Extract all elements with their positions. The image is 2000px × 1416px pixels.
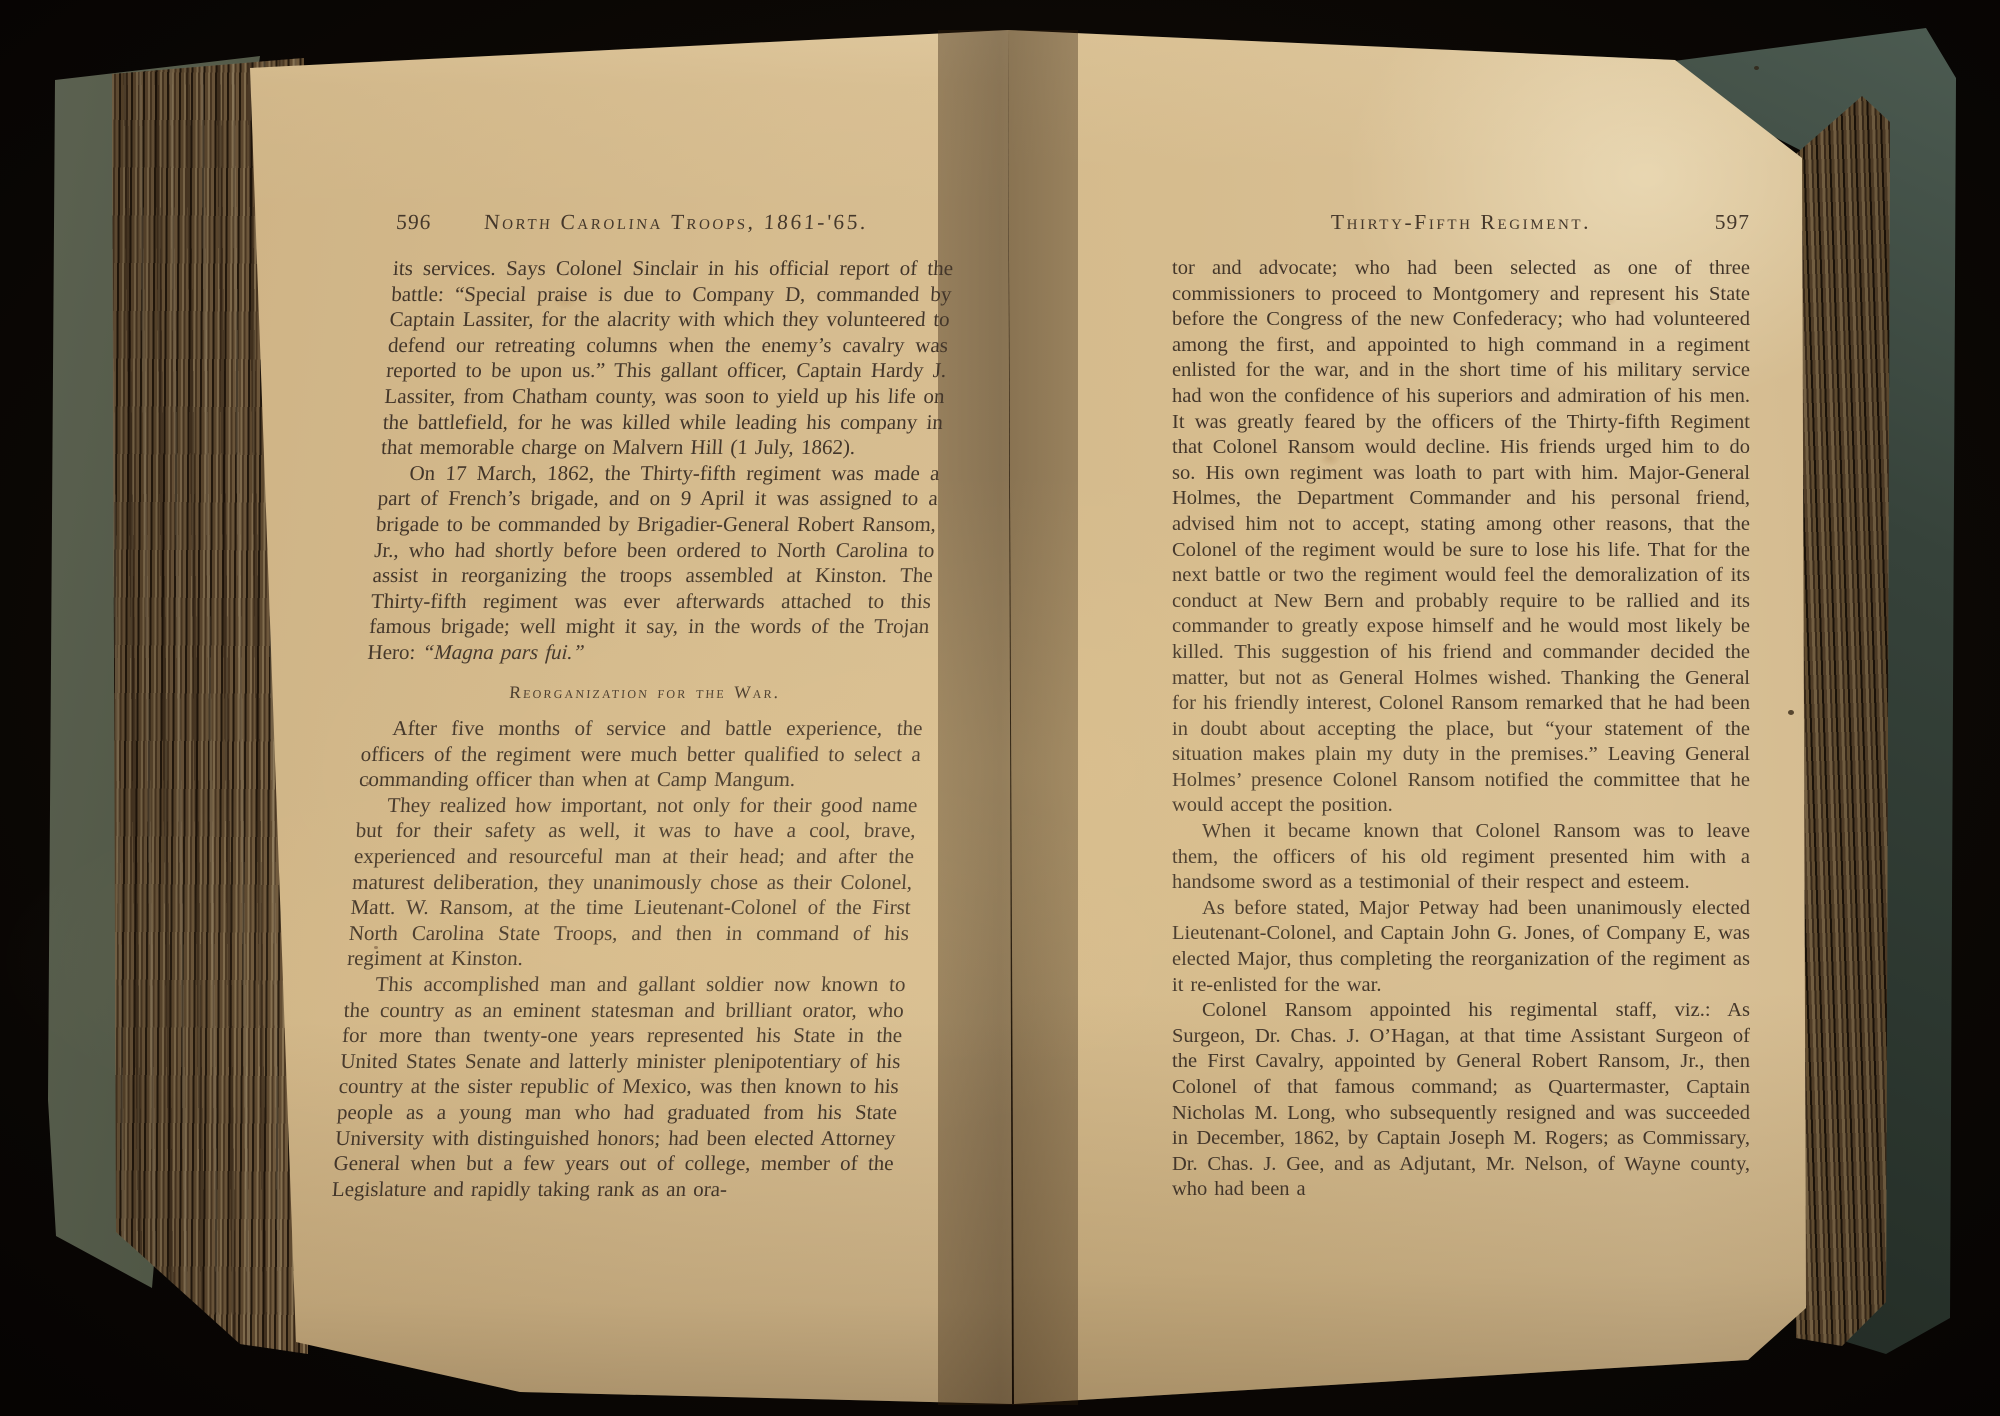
book-photograph: 596 North Carolina Troops, 1861-'65. its… (0, 0, 2000, 1416)
photo-vignette (0, 0, 2000, 1416)
